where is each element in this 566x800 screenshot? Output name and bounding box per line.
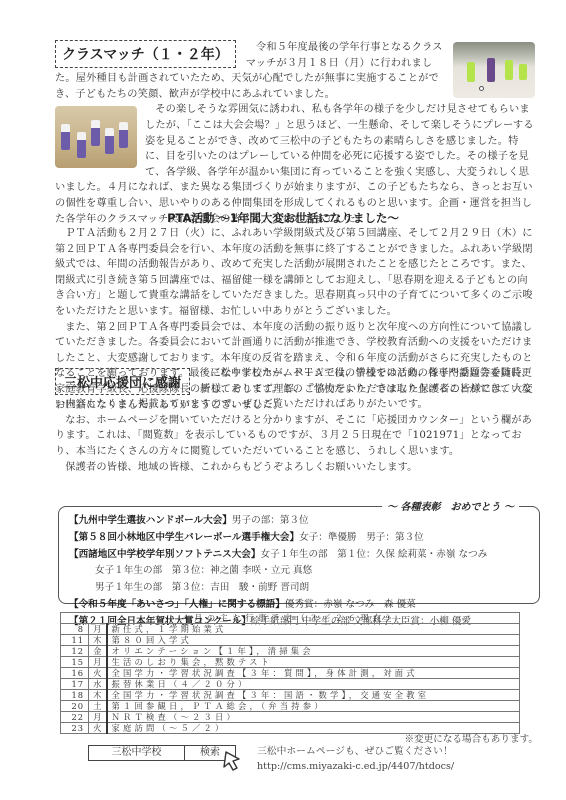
indoor-sports-photo: [55, 106, 137, 168]
homepage-url[interactable]: http://cms.miyazaki-c.ed.jp/4407/htdocs/: [257, 759, 454, 774]
search-box-graphic: 三松中学校 検索: [88, 745, 236, 761]
table-row: 8月新任式，１学期始業式: [61, 624, 520, 635]
pta-paragraph-1: ＰＴＡ活動も２月２７日（火）に、ふれあい学級閉級式及び第５回講座、そして２月２９…: [55, 226, 535, 320]
table-row: 22月ＮＲＴ検査（～２３日）: [61, 712, 520, 723]
cheer-paragraph-2: なお、ホームページを開いていただけると分かりますが、そこに「応援団カウンター」と…: [55, 413, 535, 460]
table-row: 12金オリエンテーション【１年】，清掃集会: [61, 646, 520, 657]
award-line: 女子１年生の部 第３位：神之薗 李咲・立元 真悠: [69, 563, 531, 580]
schedule-note: ※変更になる場合もあります。: [404, 731, 538, 745]
schedule-table: ４月の主な行事予定（３／２６現在） 8月新任式，１学期始業式 11木第８０回入学…: [60, 612, 520, 734]
award-line: 【西諸地区中学校学年別ソフトテニス大会】女子１年生の部 第１位：久保 絵莉菜・赤…: [69, 547, 531, 564]
cheer-section: 三松中応援団に感謝 三松中学校ホームページでは、学校での活動の様子や話題等を随時…: [55, 366, 535, 475]
award-line: 男子１年生の部 第３位：吉田 駿・前野 晋司朗: [69, 580, 531, 597]
schedule-title: ４月の主な行事予定（３／２６現在）: [61, 613, 520, 624]
awards-heading: ～ 各種表彰 おめでとう ～: [382, 498, 519, 513]
cheer-title: 三松中応援団に感謝: [55, 368, 190, 395]
table-row: 18木全国学力・学習状況調査【３年：国語・数学】，交通安全教室: [61, 690, 520, 701]
class-match-section: クラスマッチ（１・２年） 令和５年度最後の学年行事となるクラスマッチが３月１８日…: [55, 40, 535, 227]
search-field: 三松中学校: [89, 746, 185, 760]
class-match-title: クラスマッチ（１・２年）: [55, 40, 236, 68]
homepage-info: 三松中ホームページも、ぜひご覧ください！ http://cms.miyazaki…: [257, 744, 454, 774]
pointer-cursor-icon: [220, 749, 242, 771]
homepage-message: 三松中ホームページも、ぜひご覧ください！: [257, 744, 454, 759]
table-row: 17水振替休業日（４／２０分）: [61, 679, 520, 690]
newsletter-page: クラスマッチ（１・２年） 令和５年度最後の学年行事となるクラスマッチが３月１８日…: [0, 0, 566, 800]
table-row: 20土第１回参観日，ＰＴＡ総会，（弁当持参）: [61, 701, 520, 712]
table-row: 11木第８０回入学式: [61, 635, 520, 646]
table-row: 15月生活のしおり集会，黙数テスト: [61, 657, 520, 668]
cheer-paragraph-3: 保護者の皆様、地域の皆様、これからもどうぞよろしくお願いいたします。: [55, 460, 535, 476]
award-line: 【九州中学生選抜ハンドボール大会】男子の部：第３位: [69, 513, 531, 530]
awards-box: ～ 各種表彰 おめでとう ～ 【九州中学生選抜ハンドボール大会】男子の部：第３位…: [58, 506, 540, 604]
pta-heading: PTA活動 ～1年間大変お世話になりました～: [0, 210, 566, 226]
award-line: 【第５８回小林地区中学生バレーボール選手権大会】女子：準優勝 男子：第３位: [69, 530, 531, 547]
soccer-match-photo: [453, 42, 535, 98]
table-row: 16火全国学力・学習状況調査【３年：質問】，身体計測，対面式: [61, 668, 520, 679]
